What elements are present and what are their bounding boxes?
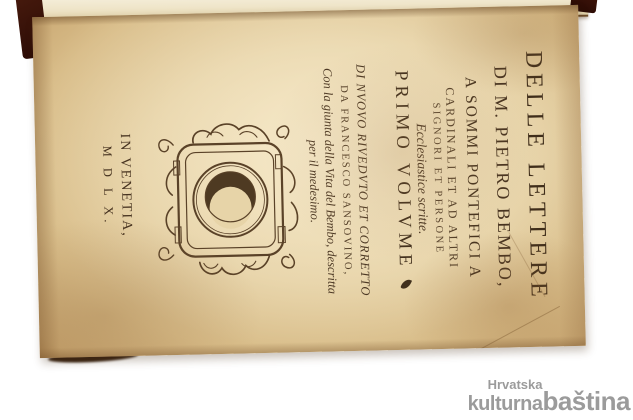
book-author-line: DI M. PIETRO BEMBO, bbox=[490, 6, 516, 347]
watermark-overlay: Hrvatska kulturnabaština bbox=[468, 378, 630, 414]
editor-line-1: DI NVOVO RIVEDVTO ET CORRETTO bbox=[353, 10, 373, 351]
watermark-word-regular: kulturna bbox=[468, 393, 543, 415]
book-photograph: DELLE LETTERE DI M. PIETRO BEMBO, A SOMM… bbox=[0, 0, 633, 420]
title-page-content: DELLE LETTERE DI M. PIETRO BEMBO, A SOMM… bbox=[32, 5, 586, 358]
imprint-place: IN VENETIA, bbox=[114, 15, 136, 356]
volume-label: PRIMO VOLVME bbox=[391, 70, 416, 271]
dedication-line-1: A SOMMI PONTEFICI A bbox=[461, 7, 484, 348]
title-page: DELLE LETTERE DI M. PIETRO BEMBO, A SOMM… bbox=[32, 5, 586, 358]
watermark-line-2: kulturnabaština bbox=[468, 388, 630, 414]
watermark-word-bold: baština bbox=[542, 386, 630, 416]
book-title: DELLE LETTERE bbox=[520, 6, 552, 347]
fleuron-icon bbox=[400, 277, 412, 290]
crescent-moon-printer-device-icon bbox=[152, 102, 308, 295]
dedication-line-2: CARDINALI ET AD ALTRI bbox=[442, 8, 462, 349]
